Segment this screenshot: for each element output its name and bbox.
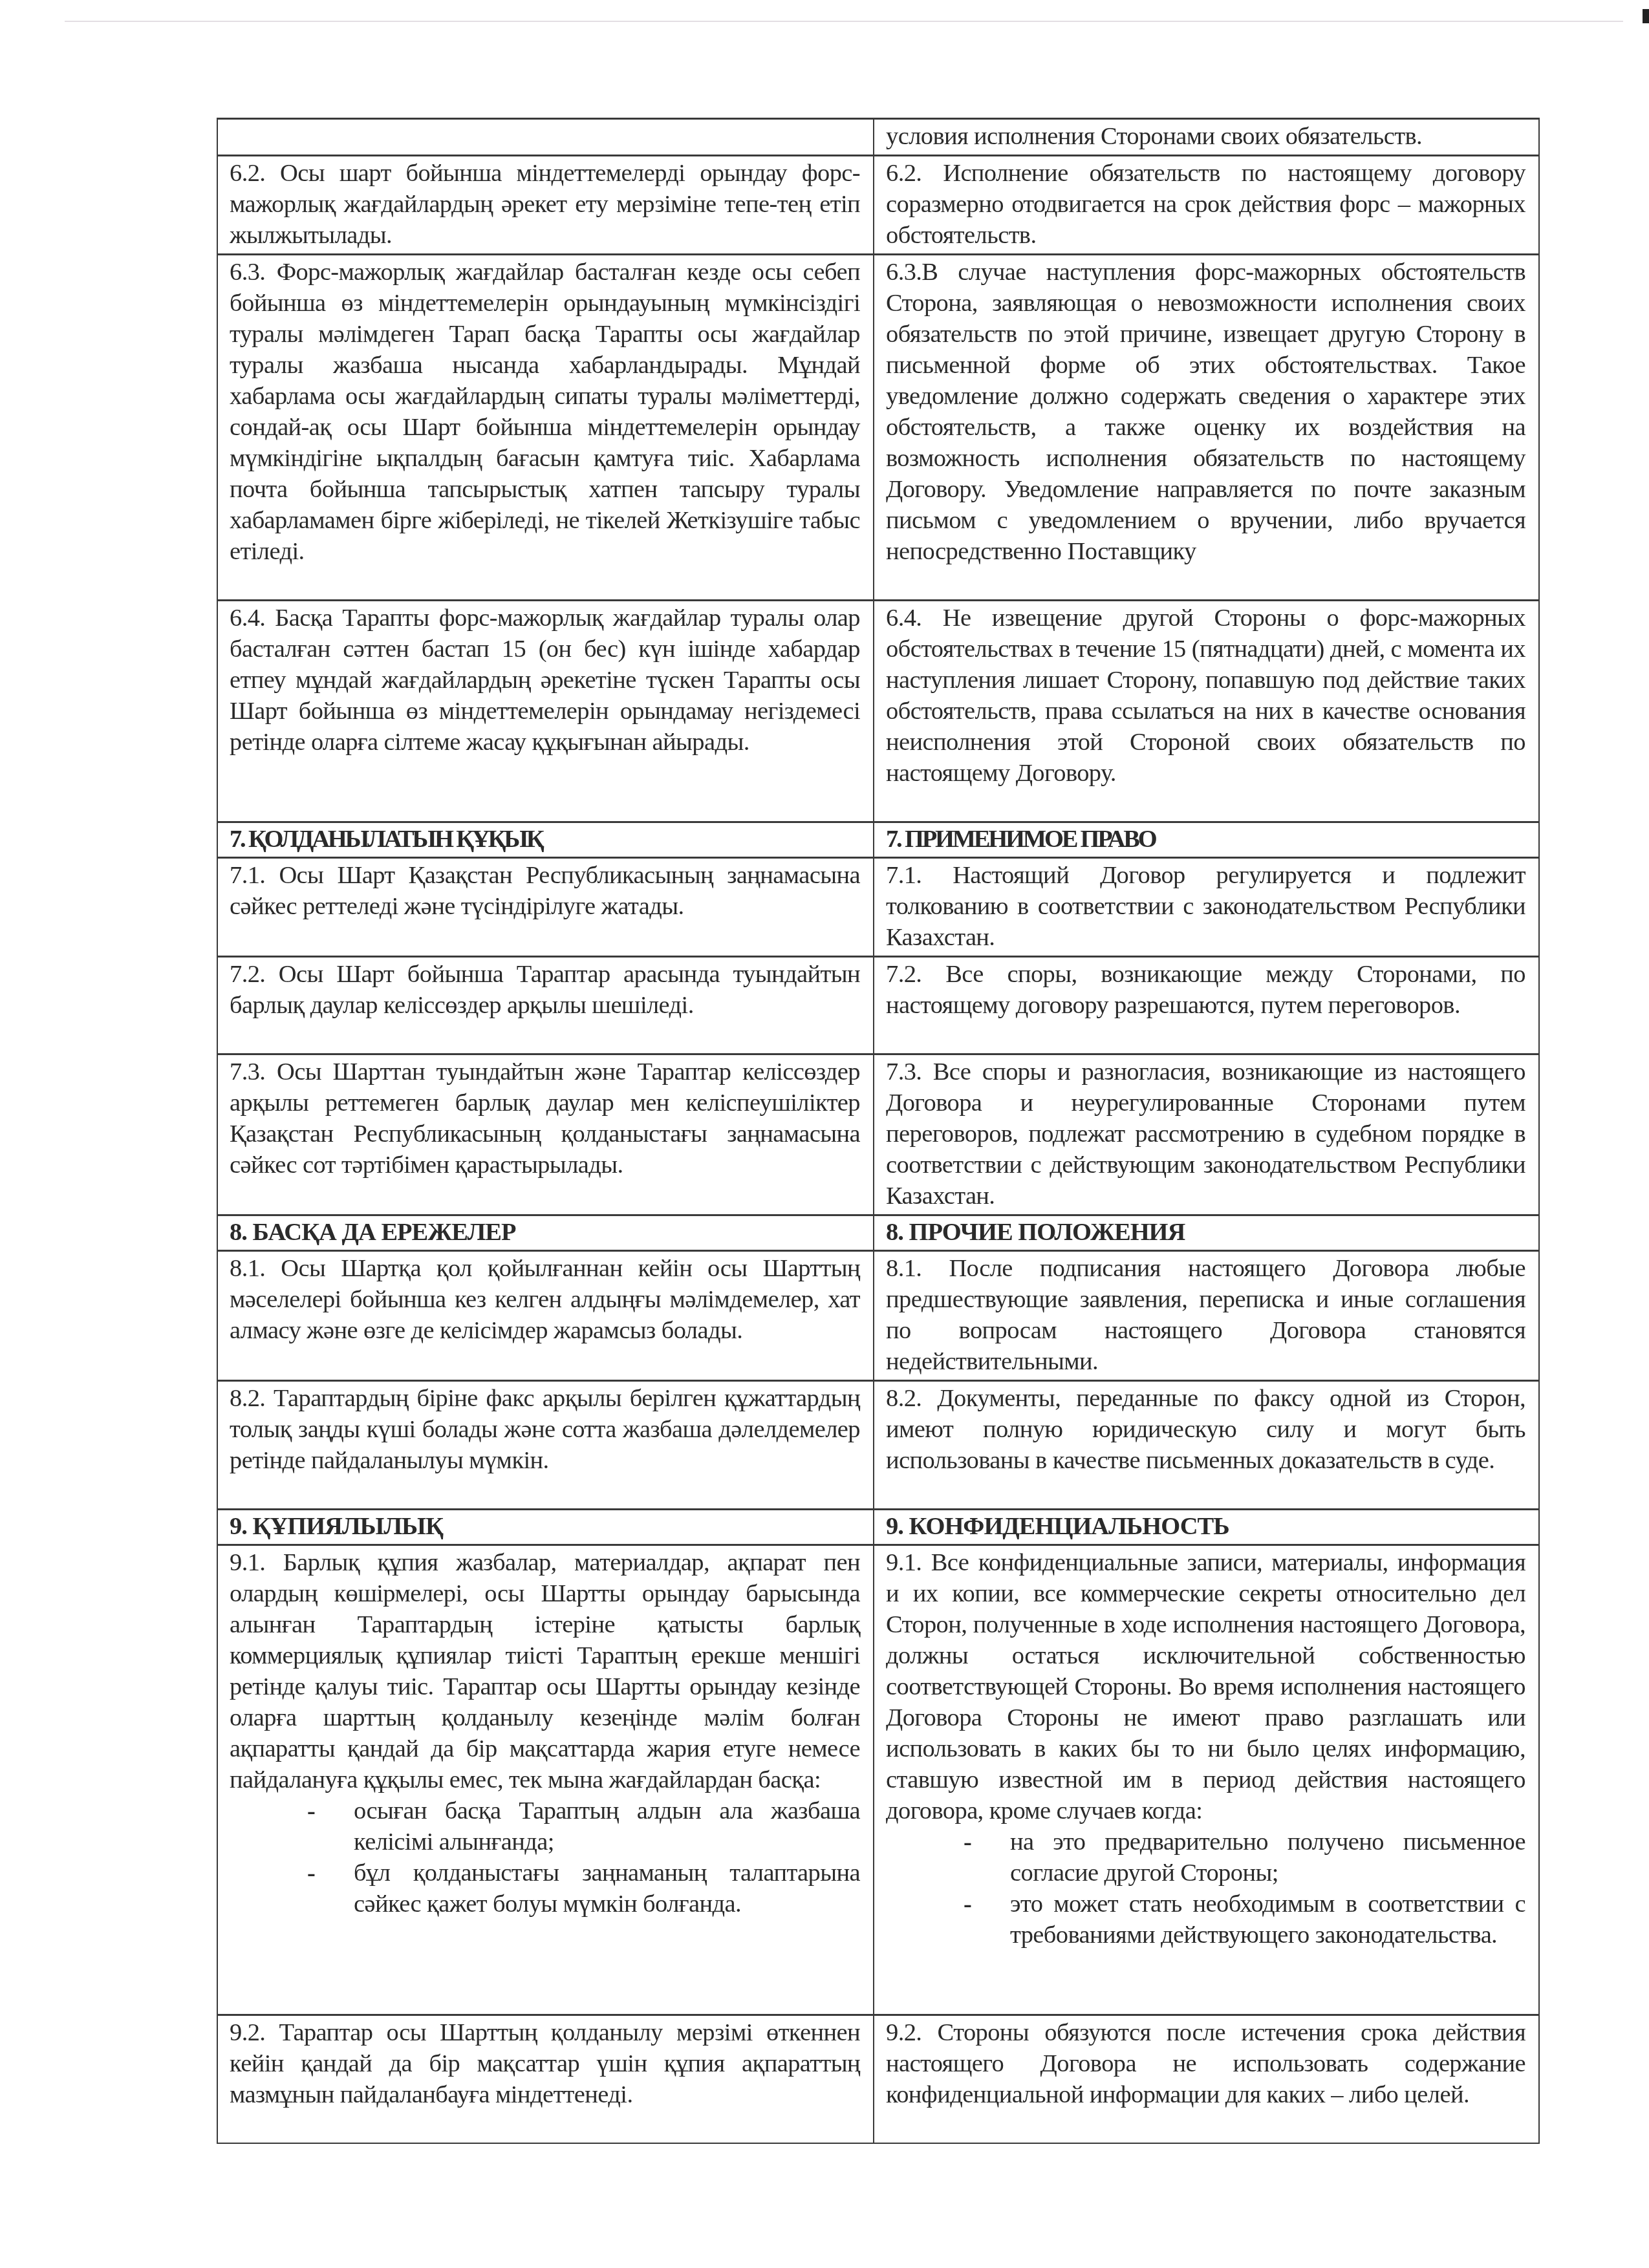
exceptions-list-ru: на это предварительно получено письменно…	[886, 1826, 1525, 1951]
clause-7-2-kz: 7.2. Осы Шарт бойынша Тараптар арасында …	[230, 959, 860, 1021]
cell-kz: 6.4. Басқа Тарапты форс-мажорлық жағдайл…	[217, 601, 874, 822]
list-item: на это предварительно получено письменно…	[964, 1826, 1525, 1888]
list-item: это может стать необходимым в соответств…	[964, 1888, 1525, 1951]
table-row: условия исполнения Сторонами своих обяза…	[217, 119, 1539, 156]
cell-kz: 7.2. Осы Шарт бойынша Тараптар арасында …	[217, 957, 874, 1054]
section-8-heading-kz: 8. БАСҚА ДА ЕРЕЖЕЛЕР	[217, 1215, 874, 1251]
cell-kz: 6.3. Форс-мажорлық жағдайлар басталған к…	[217, 255, 874, 601]
clause-7-3-kz: 7.3. Осы Шарттан туындайтын және Тарапта…	[230, 1056, 860, 1181]
section-heading-row: 7. ҚОЛДАНЫЛАТЫН ҚҰҚЫҚ 7. ПРИМЕНИМОЕ ПРАВ…	[217, 822, 1539, 858]
clause-6-4-ru: 6.4. Не извещение другой Стороны о форс-…	[886, 603, 1525, 789]
clause-6-4-kz: 6.4. Басқа Тарапты форс-мажорлық жағдайл…	[230, 603, 860, 758]
clause-9-1-kz: 9.1. Барлық құпия жазбалар, материалдар,…	[230, 1547, 860, 1795]
section-heading-row: 8. БАСҚА ДА ЕРЕЖЕЛЕР 8. ПРОЧИЕ ПОЛОЖЕНИЯ	[217, 1215, 1539, 1251]
clause-7-3-ru: 7.3. Все споры и разногласия, возникающи…	[886, 1056, 1525, 1212]
table-row: 8.1. Осы Шартқа қол қойылғаннан кейін ос…	[217, 1251, 1539, 1381]
clause-7-1-ru: 7.1. Настоящий Договор регулируется и по…	[886, 860, 1525, 953]
cell-kz	[217, 119, 874, 156]
table-row: 6.3. Форс-мажорлық жағдайлар басталған к…	[217, 255, 1539, 601]
table-row: 7.2. Осы Шарт бойынша Тараптар арасында …	[217, 957, 1539, 1054]
list-item: осыған басқа Тараптың алдын ала жазбаша …	[307, 1795, 860, 1857]
clause-9-2-kz: 9.2. Тараптар осы Шарттың қолданылу мерз…	[230, 2017, 860, 2110]
section-9-heading-kz: 9. ҚҰПИЯЛЫЛЫҚ	[217, 1510, 874, 1545]
cell-kz: 9.2. Тараптар осы Шарттың қолданылу мерз…	[217, 2015, 874, 2144]
exceptions-list-kz: осыған басқа Тараптың алдын ала жазбаша …	[230, 1795, 860, 1920]
clause-6-3-kz: 6.3. Форс-мажорлық жағдайлар басталған к…	[230, 257, 860, 567]
contract-table: условия исполнения Сторонами своих обяза…	[217, 118, 1540, 2144]
table-row: 7.3. Осы Шарттан туындайтын және Тарапта…	[217, 1054, 1539, 1215]
scan-corner-mark	[1643, 9, 1649, 23]
clause-8-2-ru: 8.2. Документы, переданные по факсу одно…	[886, 1383, 1525, 1476]
table-row: 6.4. Басқа Тарапты форс-мажорлық жағдайл…	[217, 601, 1539, 822]
table-row: 8.2. Тараптардың біріне факс арқылы бері…	[217, 1381, 1539, 1510]
clause-6-3-ru: 6.3.В случае наступления форс-мажорных о…	[886, 257, 1525, 567]
cell-ru: 9.2. Стороны обязуются после истечения с…	[874, 2015, 1539, 2144]
clause-8-2-kz: 8.2. Тараптардың біріне факс арқылы бері…	[230, 1383, 860, 1476]
table-row: 6.2. Осы шарт бойынша міндеттемелерді ор…	[217, 156, 1539, 255]
cell-ru: 6.3.В случае наступления форс-мажорных о…	[874, 255, 1539, 601]
clause-text: условия исполнения Сторонами своих обяза…	[886, 121, 1525, 152]
cell-kz: 7.1. Осы Шарт Қазақстан Республикасының …	[217, 858, 874, 957]
clause-8-1-kz: 8.1. Осы Шартқа қол қойылғаннан кейін ос…	[230, 1253, 860, 1346]
cell-ru: 6.2. Исполнение обязательств по настояще…	[874, 156, 1539, 255]
section-9-heading-ru: 9. КОНФИДЕНЦИАЛЬНОСТЬ	[874, 1510, 1539, 1545]
clause-9-1-ru: 9.1. Все конфиденциальные записи, матери…	[886, 1547, 1525, 1826]
clause-8-1-ru: 8.1. После подписания настоящего Договор…	[886, 1253, 1525, 1377]
clause-6-2-kz: 6.2. Осы шарт бойынша міндеттемелерді ор…	[230, 158, 860, 251]
cell-ru: условия исполнения Сторонами своих обяза…	[874, 119, 1539, 156]
section-7-heading-kz: 7. ҚОЛДАНЫЛАТЫН ҚҰҚЫҚ	[217, 822, 874, 858]
clause-9-2-ru: 9.2. Стороны обязуются после истечения с…	[886, 2017, 1525, 2110]
section-8-heading-ru: 8. ПРОЧИЕ ПОЛОЖЕНИЯ	[874, 1215, 1539, 1251]
section-heading-row: 9. ҚҰПИЯЛЫЛЫҚ 9. КОНФИДЕНЦИАЛЬНОСТЬ	[217, 1510, 1539, 1545]
clause-7-1-kz: 7.1. Осы Шарт Қазақстан Республикасының …	[230, 860, 860, 922]
cell-ru: 7.1. Настоящий Договор регулируется и по…	[874, 858, 1539, 957]
cell-ru: 7.2. Все споры, возникающие между Сторон…	[874, 957, 1539, 1054]
cell-kz: 8.1. Осы Шартқа қол қойылғаннан кейін ос…	[217, 1251, 874, 1381]
list-item: бұл қолданыстағы заңнаманың талаптарына …	[307, 1857, 860, 1920]
cell-ru: 6.4. Не извещение другой Стороны о форс-…	[874, 601, 1539, 822]
table-row: 7.1. Осы Шарт Қазақстан Республикасының …	[217, 858, 1539, 957]
scan-edge-artifact	[65, 21, 1623, 22]
cell-ru: 9.1. Все конфиденциальные записи, матери…	[874, 1545, 1539, 2015]
cell-kz: 8.2. Тараптардың біріне факс арқылы бері…	[217, 1381, 874, 1510]
clause-7-2-ru: 7.2. Все споры, возникающие между Сторон…	[886, 959, 1525, 1021]
cell-ru: 8.2. Документы, переданные по факсу одно…	[874, 1381, 1539, 1510]
cell-ru: 7.3. Все споры и разногласия, возникающи…	[874, 1054, 1539, 1215]
cell-kz: 6.2. Осы шарт бойынша міндеттемелерді ор…	[217, 156, 874, 255]
cell-ru: 8.1. После подписания настоящего Договор…	[874, 1251, 1539, 1381]
cell-kz: 7.3. Осы Шарттан туындайтын және Тарапта…	[217, 1054, 874, 1215]
table-row: 9.1. Барлық құпия жазбалар, материалдар,…	[217, 1545, 1539, 2015]
cell-kz: 9.1. Барлық құпия жазбалар, материалдар,…	[217, 1545, 874, 2015]
clause-6-2-ru: 6.2. Исполнение обязательств по настояще…	[886, 158, 1525, 251]
section-7-heading-ru: 7. ПРИМЕНИМОЕ ПРАВО	[874, 822, 1539, 858]
table-row: 9.2. Тараптар осы Шарттың қолданылу мерз…	[217, 2015, 1539, 2144]
